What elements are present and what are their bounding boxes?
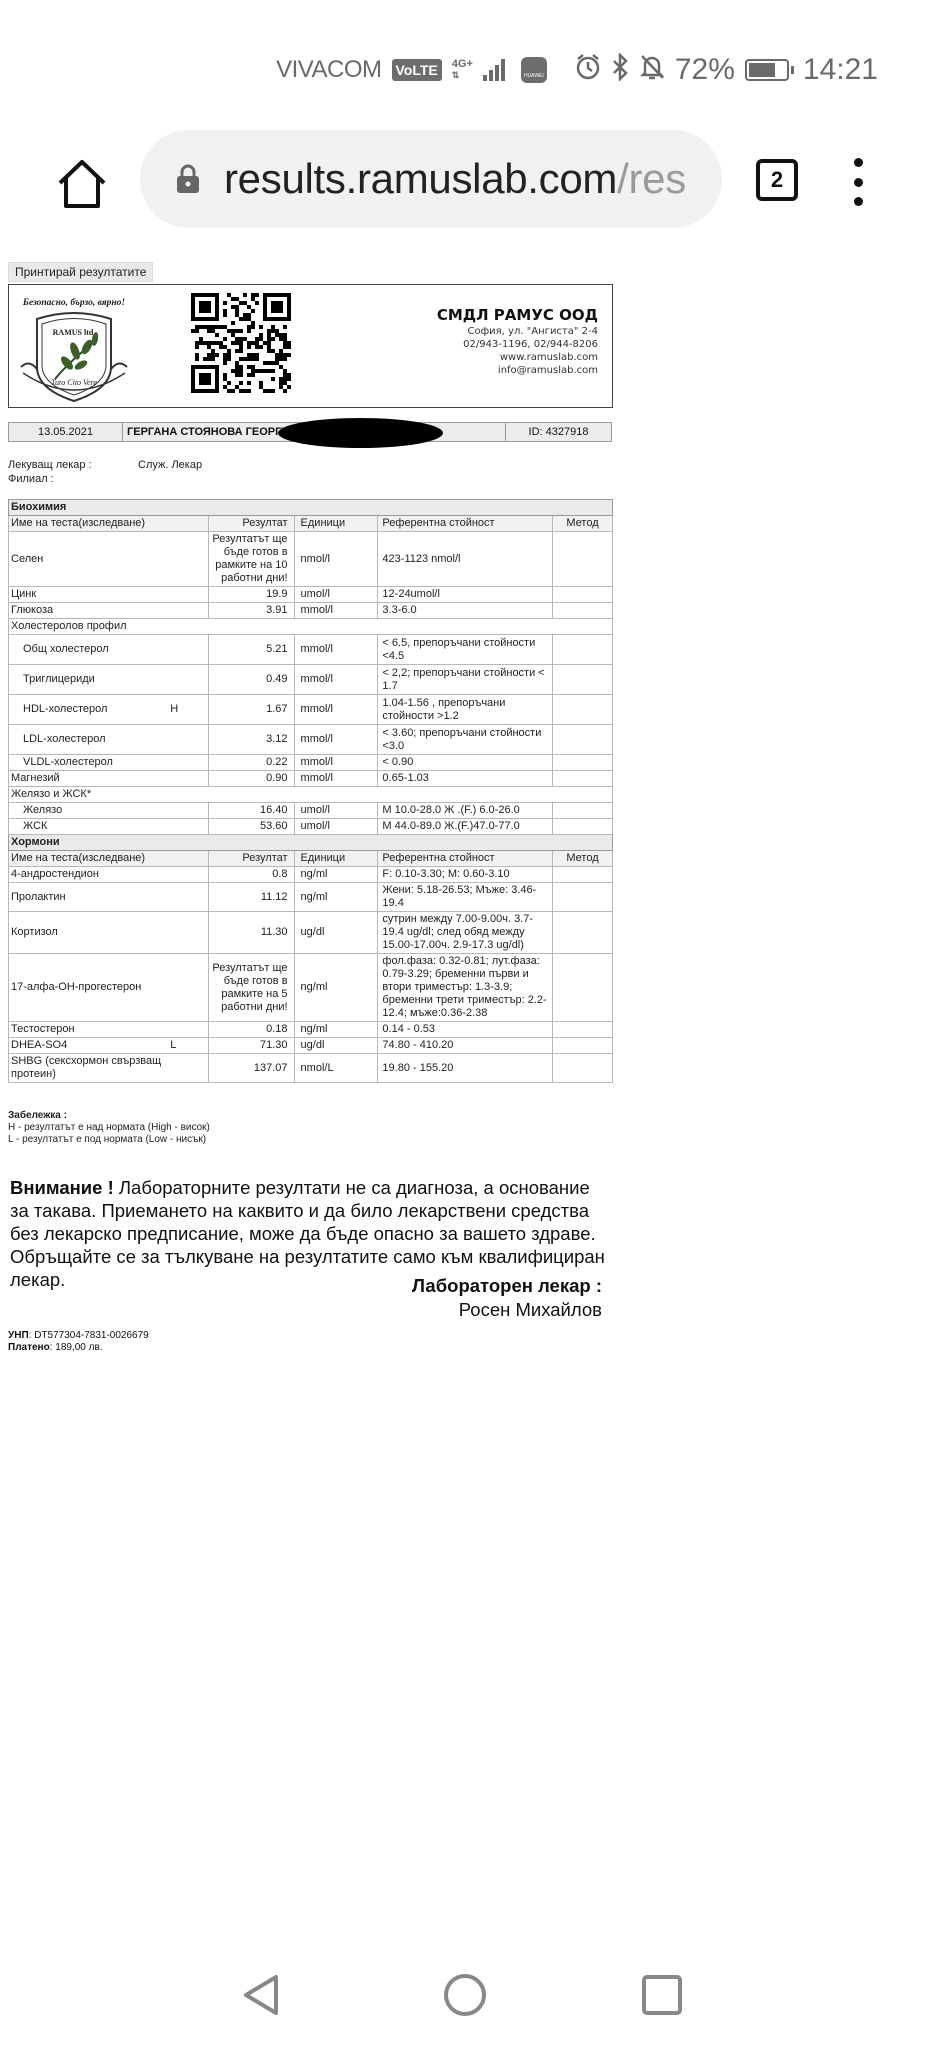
test-units: mmol/l bbox=[294, 725, 378, 755]
test-units: ug/dl bbox=[294, 1038, 378, 1054]
test-method bbox=[553, 1054, 613, 1083]
result-flag bbox=[168, 912, 208, 954]
note-low: L - резултатът е под нормата (Low - нисъ… bbox=[8, 1134, 206, 1145]
table-row: Кортизол 11.30 ug/dl сутрин между 7.00-9… bbox=[9, 912, 613, 954]
test-result: 0.49 bbox=[208, 665, 294, 695]
test-name: Цинк bbox=[9, 587, 169, 603]
test-method bbox=[553, 1022, 613, 1038]
table-row: Селен Резултатът ще бъде готов в рамките… bbox=[9, 532, 613, 587]
print-results-button[interactable]: Принтирай резултатите bbox=[8, 262, 153, 282]
section-title: Хормони bbox=[9, 835, 613, 851]
test-result: 0.90 bbox=[208, 771, 294, 787]
branch-label: Филиал : bbox=[8, 472, 138, 486]
result-flag bbox=[168, 1022, 208, 1038]
patient-name-text: ГЕРГАНА СТОЯНОВА ГЕОРГИ bbox=[127, 426, 289, 438]
table-row: Цинк 19.9 umol/l 12-24umol/l bbox=[9, 587, 613, 603]
col-reference: Референтна стойност bbox=[378, 851, 553, 867]
status-bar: VIVACOM VoLTE 4G+ ⇅ HUAWEI 72% 14:21 bbox=[0, 0, 930, 120]
test-result: 3.12 bbox=[208, 725, 294, 755]
test-result: 71.30 bbox=[208, 1038, 294, 1054]
test-units: umol/l bbox=[294, 803, 378, 819]
result-flag bbox=[168, 603, 208, 619]
column-header-row: Име на теста(изследване) Резултат Единиц… bbox=[9, 851, 613, 867]
result-flag bbox=[168, 725, 208, 755]
redaction-mark bbox=[278, 418, 443, 448]
test-reference: < 3.60; препоръчани стойности <3.0 bbox=[378, 725, 553, 755]
test-name: Общ холестерол bbox=[9, 635, 169, 665]
recents-button[interactable] bbox=[638, 1970, 688, 2020]
test-result: 11.12 bbox=[208, 883, 294, 912]
test-method bbox=[553, 725, 613, 755]
table-row: LDL-холестерол 3.12 mmol/l < 3.60; препо… bbox=[9, 725, 613, 755]
result-date: 13.05.2021 bbox=[9, 423, 123, 441]
note-high: H - резултатът е над нормата (High - вис… bbox=[8, 1122, 210, 1133]
col-reference: Референтна стойност bbox=[378, 516, 553, 532]
group-title: Холестеролов профил bbox=[9, 619, 613, 635]
test-reference: 74.80 - 410.20 bbox=[378, 1038, 553, 1054]
patient-id: ID: 4327918 bbox=[506, 423, 611, 441]
test-reference: < 0.90 bbox=[378, 755, 553, 771]
lab-doctor-label: Лабораторен лекар : bbox=[302, 1274, 602, 1298]
url-text[interactable]: results.ramuslab.com/res bbox=[224, 155, 686, 203]
test-name: HDL-холестерол bbox=[9, 695, 169, 725]
test-result: 53.60 bbox=[208, 819, 294, 835]
test-name: SHBG (сексхормон свързващ протеин) bbox=[9, 1054, 169, 1083]
test-method bbox=[553, 883, 613, 912]
test-name: LDL-холестерол bbox=[9, 725, 169, 755]
doctor-value: Служ. Лекар bbox=[138, 458, 202, 472]
test-method bbox=[553, 587, 613, 603]
test-units: ug/dl bbox=[294, 912, 378, 954]
url-path: /res bbox=[617, 155, 686, 202]
table-row: Общ холестерол 5.21 mmol/l < 6.5, препор… bbox=[9, 635, 613, 665]
table-row: Желязо 16.40 umol/l M 10.0-28.0 Ж .(F.) … bbox=[9, 803, 613, 819]
test-units: nmol/l bbox=[294, 532, 378, 587]
company-email[interactable]: info@ramuslab.com bbox=[437, 364, 598, 377]
menu-dot-icon bbox=[854, 197, 863, 206]
lab-results-page: Принтирай резултатите RAMUS ltd. Tuto Ci… bbox=[8, 262, 618, 282]
test-method bbox=[553, 635, 613, 665]
alarm-icon bbox=[575, 53, 601, 88]
result-flag bbox=[168, 803, 208, 819]
test-units: ng/ml bbox=[294, 954, 378, 1022]
table-row: SHBG (сексхормон свързващ протеин) 137.0… bbox=[9, 1054, 613, 1083]
test-reference: 423-1123 nmol/l bbox=[378, 532, 553, 587]
result-flag bbox=[168, 665, 208, 695]
test-method bbox=[553, 532, 613, 587]
test-method bbox=[553, 603, 613, 619]
test-units: nmol/L bbox=[294, 1054, 378, 1083]
table-row: DHEA-SO4 L 71.30 ug/dl 74.80 - 410.20 bbox=[9, 1038, 613, 1054]
section-header: Биохимия bbox=[9, 500, 613, 516]
group-title: Желязо и ЖСК* bbox=[9, 787, 613, 803]
lab-doctor-name: Росен Михайлов bbox=[302, 1298, 602, 1322]
lab-logo: RAMUS ltd. Tuto Cito Vere Безопасно, бър… bbox=[15, 289, 133, 405]
note-title: Забележка : bbox=[8, 1110, 67, 1121]
company-name: СМДЛ РАМУС ООД bbox=[437, 309, 598, 322]
test-result: 5.21 bbox=[208, 635, 294, 665]
tab-switcher-button[interactable]: 2 bbox=[756, 159, 798, 201]
result-flag: H bbox=[168, 695, 208, 725]
system-nav-bar bbox=[0, 1960, 930, 2040]
test-name: Кортизол bbox=[9, 912, 169, 954]
company-website[interactable]: www.ramuslab.com bbox=[437, 351, 598, 364]
clock: 14:21 bbox=[803, 53, 878, 87]
result-flag bbox=[168, 1054, 208, 1083]
table-row: ЖСК 53.60 umol/l M 44.0-89.0 Ж.(F.)47.0-… bbox=[9, 819, 613, 835]
col-result: Резултат bbox=[208, 851, 294, 867]
test-method bbox=[553, 867, 613, 883]
test-method bbox=[553, 755, 613, 771]
lab-doctor-signature: Лабораторен лекар : Росен Михайлов bbox=[302, 1274, 602, 1322]
url-host: results.ramuslab.com bbox=[224, 155, 617, 202]
test-result: Резултатът ще бъде готов в рамките на 10… bbox=[208, 532, 294, 587]
test-method bbox=[553, 819, 613, 835]
result-flag bbox=[168, 755, 208, 771]
test-reference: 19.80 - 155.20 bbox=[378, 1054, 553, 1083]
test-result: 1.67 bbox=[208, 695, 294, 725]
section-header: Хормони bbox=[9, 835, 613, 851]
test-units: mmol/l bbox=[294, 665, 378, 695]
col-name: Име на теста(изследване) bbox=[9, 516, 209, 532]
overflow-menu-button[interactable] bbox=[848, 158, 868, 206]
test-result: Резултатът ще бъде готов в рамките на 5 … bbox=[208, 954, 294, 1022]
test-result: 19.9 bbox=[208, 587, 294, 603]
paid-label: Платено bbox=[8, 1342, 50, 1353]
test-reference: < 2,2; препоръчани стойности < 1.7 bbox=[378, 665, 553, 695]
test-reference: 0.14 - 0.53 bbox=[378, 1022, 553, 1038]
test-units: ng/ml bbox=[294, 1022, 378, 1038]
section-title: Биохимия bbox=[9, 500, 613, 516]
logo-motto-top: Безопасно, бързо, вярно! bbox=[22, 297, 125, 308]
huawei-app-icon: HUAWEI bbox=[521, 57, 547, 83]
table-row: Тестостерон 0.18 ng/ml 0.14 - 0.53 bbox=[9, 1022, 613, 1038]
test-reference: сутрин между 7.00-9.00ч. 3.7-19.4 ug/dl;… bbox=[378, 912, 553, 954]
test-units: mmol/l bbox=[294, 695, 378, 725]
test-result: 3.91 bbox=[208, 603, 294, 619]
col-method: Метод bbox=[553, 516, 613, 532]
test-name: Триглицериди bbox=[9, 665, 169, 695]
test-result: 0.18 bbox=[208, 1022, 294, 1038]
home-nav-button[interactable] bbox=[440, 1970, 490, 2020]
back-button[interactable] bbox=[240, 1970, 290, 2020]
carrier-name: VIVACOM bbox=[276, 56, 381, 84]
signal-icon bbox=[483, 59, 505, 81]
table-row: HDL-холестерол H 1.67 mmol/l 1.04-1.56 ,… bbox=[9, 695, 613, 725]
recents-square-icon bbox=[638, 1970, 688, 2020]
test-reference: 3.3-6.0 bbox=[378, 603, 553, 619]
home-circle-icon bbox=[440, 1970, 490, 2020]
network-type-label: 4G+ bbox=[452, 59, 473, 70]
test-reference: 12-24umol/l bbox=[378, 587, 553, 603]
paid-value: : 189,00 лв. bbox=[50, 1342, 103, 1353]
table-row: Триглицериди 0.49 mmol/l < 2,2; препоръч… bbox=[9, 665, 613, 695]
test-units: mmol/l bbox=[294, 771, 378, 787]
test-units: ng/ml bbox=[294, 883, 378, 912]
result-flag bbox=[168, 587, 208, 603]
table-row: 4-андростендион 0.8 ng/ml F: 0.10-3.30; … bbox=[9, 867, 613, 883]
table-row: Пролактин 11.12 ng/ml Жени: 5.18-26.53; … bbox=[9, 883, 613, 912]
col-units: Единици bbox=[294, 516, 378, 532]
result-flag bbox=[168, 954, 208, 1022]
col-name: Име на теста(изследване) bbox=[9, 851, 209, 867]
test-reference: M 10.0-28.0 Ж .(F.) 6.0-26.0 bbox=[378, 803, 553, 819]
company-phones: 02/943-1196, 02/944-8206 bbox=[437, 338, 598, 351]
biochemistry-table: Биохимия Име на теста(изследване) Резулт… bbox=[8, 499, 613, 1083]
result-flag bbox=[168, 771, 208, 787]
address-bar[interactable]: results.ramuslab.com/res bbox=[140, 130, 722, 228]
patient-bar: 13.05.2021 ГЕРГАНА СТОЯНОВА ГЕОРГИ ID: 4… bbox=[8, 422, 612, 442]
legend-note: Забележка : H - резултатът е над нормата… bbox=[8, 1110, 210, 1146]
table-row: Магнезий 0.90 mmol/l 0.65-1.03 bbox=[9, 771, 613, 787]
qr-code bbox=[191, 293, 291, 393]
test-name: DHEA-SO4 bbox=[9, 1038, 169, 1054]
col-result: Резултат bbox=[208, 516, 294, 532]
test-result: 16.40 bbox=[208, 803, 294, 819]
col-method: Метод bbox=[553, 851, 613, 867]
company-address: София, ул. "Ангиста" 2-4 bbox=[437, 325, 598, 338]
test-method bbox=[553, 954, 613, 1022]
col-units: Единици bbox=[294, 851, 378, 867]
patient-name: ГЕРГАНА СТОЯНОВА ГЕОРГИ bbox=[123, 423, 506, 441]
lock-icon bbox=[176, 164, 200, 194]
warning-title: Внимание ! bbox=[10, 1177, 114, 1198]
test-method bbox=[553, 771, 613, 787]
test-units: ng/ml bbox=[294, 867, 378, 883]
menu-dot-icon bbox=[854, 178, 863, 187]
test-units: mmol/l bbox=[294, 603, 378, 619]
result-flag bbox=[168, 635, 208, 665]
data-arrows-icon: ⇅ bbox=[452, 70, 473, 81]
result-flag bbox=[168, 532, 208, 587]
test-reference: F: 0.10-3.30; M: 0.60-3.10 bbox=[378, 867, 553, 883]
result-flag bbox=[168, 883, 208, 912]
group-row: Холестеролов профил bbox=[9, 619, 613, 635]
test-name: 4-андростендион bbox=[9, 867, 169, 883]
test-name: Магнезий bbox=[9, 771, 169, 787]
browser-toolbar: results.ramuslab.com/res 2 bbox=[0, 130, 930, 234]
test-name: VLDL-холестерол bbox=[9, 755, 169, 771]
table-row: VLDL-холестерол 0.22 mmol/l < 0.90 bbox=[9, 755, 613, 771]
test-name: Селен bbox=[9, 532, 169, 587]
volte-icon: VoLTE bbox=[392, 59, 442, 81]
test-result: 0.22 bbox=[208, 755, 294, 771]
doctor-label: Лекуващ лекар : bbox=[8, 458, 138, 472]
test-method bbox=[553, 695, 613, 725]
logo-motto-latin: Tuto Cito Vere bbox=[51, 378, 97, 387]
test-result: 137.07 bbox=[208, 1054, 294, 1083]
unp-value: : DT577304-7831-0026679 bbox=[29, 1330, 149, 1341]
test-name: Тестостерон bbox=[9, 1022, 169, 1038]
test-method bbox=[553, 912, 613, 954]
home-button[interactable] bbox=[55, 158, 109, 212]
table-row: 17-алфа-OH-прогестерон Резултатът ще бъд… bbox=[9, 954, 613, 1022]
test-name: 17-алфа-OH-прогестерон bbox=[9, 954, 169, 1022]
company-info: СМДЛ РАМУС ООД София, ул. "Ангиста" 2-4 … bbox=[437, 309, 598, 377]
payment-info: УНП: DT577304-7831-0026679 Платено: 189,… bbox=[8, 1330, 149, 1354]
back-triangle-icon bbox=[240, 1970, 290, 2020]
home-icon bbox=[55, 158, 109, 212]
test-name: Желязо bbox=[9, 803, 169, 819]
test-method bbox=[553, 1038, 613, 1054]
test-reference: M 44.0-89.0 Ж.(F.)47.0-77.0 bbox=[378, 819, 553, 835]
test-method bbox=[553, 803, 613, 819]
column-header-row: Име на теста(изследване) Резултат Единиц… bbox=[9, 516, 613, 532]
doctor-info: Лекуващ лекар :Служ. Лекар Филиал : bbox=[8, 458, 202, 486]
test-result: 11.30 bbox=[208, 912, 294, 954]
mute-bell-icon bbox=[639, 53, 665, 88]
test-reference: 1.04-1.56 , препоръчани стойности >1.2 bbox=[378, 695, 553, 725]
battery-icon bbox=[745, 59, 789, 81]
menu-dot-icon bbox=[854, 158, 863, 167]
test-name: ЖСК bbox=[9, 819, 169, 835]
logo-company-text: RAMUS ltd. bbox=[53, 328, 96, 337]
group-row: Желязо и ЖСК* bbox=[9, 787, 613, 803]
test-units: mmol/l bbox=[294, 755, 378, 771]
lab-header: RAMUS ltd. Tuto Cito Vere Безопасно, бър… bbox=[8, 284, 613, 408]
unp-label: УНП bbox=[8, 1330, 29, 1341]
test-units: umol/l bbox=[294, 587, 378, 603]
test-name: Пролактин bbox=[9, 883, 169, 912]
test-name: Глюкоза bbox=[9, 603, 169, 619]
test-reference: Жени: 5.18-26.53; Мъже: 3.46-19.4 bbox=[378, 883, 553, 912]
test-units: mmol/l bbox=[294, 635, 378, 665]
test-reference: 0.65-1.03 bbox=[378, 771, 553, 787]
bluetooth-icon bbox=[611, 53, 629, 88]
table-row: Глюкоза 3.91 mmol/l 3.3-6.0 bbox=[9, 603, 613, 619]
test-result: 0.8 bbox=[208, 867, 294, 883]
test-units: umol/l bbox=[294, 819, 378, 835]
test-reference: < 6.5, препоръчани стойности <4.5 bbox=[378, 635, 553, 665]
result-flag: L bbox=[168, 1038, 208, 1054]
test-reference: фол.фаза: 0.32-0.81; лут.фаза: 0.79-3.29… bbox=[378, 954, 553, 1022]
battery-percent: 72% bbox=[675, 53, 735, 87]
result-flag bbox=[168, 867, 208, 883]
network-type-icon: 4G+ ⇅ bbox=[452, 59, 473, 81]
result-flag bbox=[168, 819, 208, 835]
test-method bbox=[553, 665, 613, 695]
